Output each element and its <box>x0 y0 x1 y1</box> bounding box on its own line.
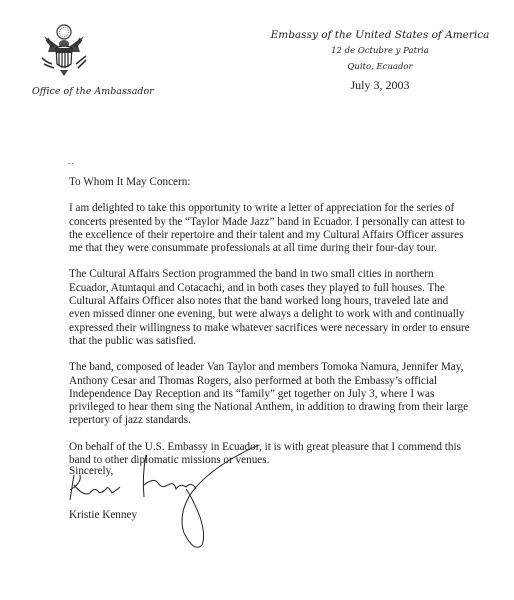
embassy-name: Embassy of the United States of America <box>260 29 500 41</box>
address-line-2: Quito, Ecuador <box>260 62 500 72</box>
address-line-1: 12 de Octubre y Patria <box>260 46 500 56</box>
paragraph-line: me that they were consummate professiona… <box>69 242 489 255</box>
paragraph-line: that the public was satisfied. <box>69 335 489 348</box>
signer-name: Kristie Kenney <box>69 509 137 521</box>
letter-paragraph: The band, composed of leader Van Taylor … <box>69 361 489 427</box>
paragraph-line: Cultural Affairs Officer also notes that… <box>69 295 489 308</box>
paragraph-line: the excellence of their repertoire and t… <box>69 229 489 242</box>
salutation: To Whom It May Concern: <box>69 176 489 189</box>
letter-date: July 3, 2003 <box>260 78 500 93</box>
paragraph-line: even missed dinner one evening, but were… <box>69 308 489 321</box>
office-of-ambassador: Office of the Ambassador <box>32 86 154 97</box>
paragraphs: I am delighted to take this opportunity … <box>69 202 489 467</box>
paragraph-line: repertory of jazz standards. <box>69 414 489 427</box>
stray-mark: .. <box>68 156 75 166</box>
paragraph-line: Anthony Cesar and Thomas Rogers, also pe… <box>69 375 489 388</box>
paragraph-line: I am delighted to take this opportunity … <box>69 202 489 215</box>
letter-paragraph: I am delighted to take this opportunity … <box>69 202 489 255</box>
paragraph-line: The band, composed of leader Van Taylor … <box>69 361 489 374</box>
letter-paragraph: The Cultural Affairs Section programmed … <box>69 268 489 348</box>
handwritten-signature-icon <box>60 445 260 555</box>
paragraph-line: privileged to hear them sing the Nationa… <box>69 401 489 414</box>
paragraph-line: expressed their willingness to make what… <box>69 322 489 335</box>
paragraph-line: Ecuador, Atuntaqui and Cotacachi, and in… <box>69 282 489 295</box>
paragraph-line: Independence Day Reception and its “fami… <box>69 388 489 401</box>
paragraph-line: concerts presented by the “Taylor Made J… <box>69 216 489 229</box>
great-seal-eagle-icon <box>36 22 92 78</box>
letter-body: To Whom It May Concern: I am delighted t… <box>69 176 489 480</box>
paragraph-line: The Cultural Affairs Section programmed … <box>69 268 489 281</box>
